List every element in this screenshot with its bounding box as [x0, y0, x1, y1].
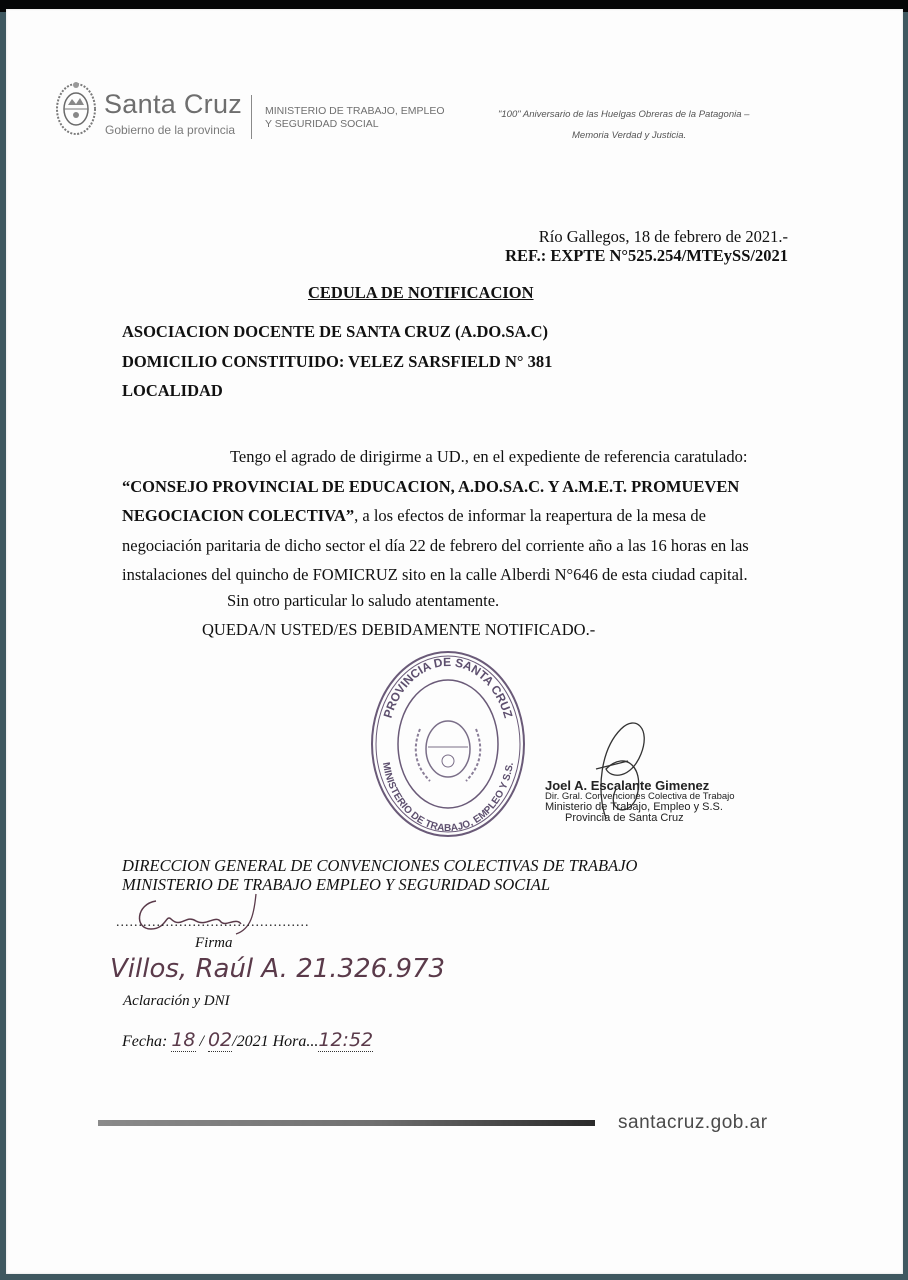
- receipt-department-line-1: DIRECCION GENERAL DE CONVENCIONES COLECT…: [122, 856, 637, 876]
- notified-line: QUEDA/N USTED/ES DEBIDAMENTE NOTIFICADO.…: [202, 620, 595, 640]
- header-divider: [251, 95, 252, 139]
- ministry-line-2: Y SEGURIDAD SOCIAL: [265, 118, 445, 131]
- recipient-name: ASOCIACION DOCENTE DE SANTA CRUZ (A.DO.S…: [122, 322, 548, 342]
- brand-name: Santa Cruz: [104, 89, 242, 120]
- document-title: CEDULA DE NOTIFICACION: [308, 283, 534, 303]
- signer-province: Provincia de Santa Cruz: [545, 813, 735, 824]
- stamp-top-text: PROVINCIA DE SANTA CRUZ: [381, 655, 516, 720]
- recipient-locality: LOCALIDAD: [122, 381, 223, 401]
- date-day: 18: [171, 1029, 195, 1052]
- footer-rule: [98, 1120, 595, 1126]
- body-intro: Tengo el agrado de dirigirme a UD., en e…: [230, 447, 747, 466]
- clarification-handwritten: Villos, Raúl A. 21.326.973: [110, 954, 445, 984]
- stamp-bottom-text: MINISTERIO DE TRABAJO, EMPLEO Y S.S.: [380, 761, 516, 834]
- date-label: Fecha:: [122, 1033, 167, 1050]
- brand-subtitle: Gobierno de la provincia: [105, 123, 235, 137]
- signature-line: ........................................…: [116, 915, 310, 931]
- motto-line-2: Memoria Verdad y Justicia.: [572, 130, 686, 141]
- clarification-label: Aclaración y DNI: [123, 993, 230, 1010]
- ministry-name: MINISTERIO DE TRABAJO, EMPLEO Y SEGURIDA…: [265, 105, 445, 131]
- document-page: Santa Cruz Gobierno de la provincia MINI…: [6, 9, 903, 1274]
- signature-label: Firma: [195, 935, 233, 952]
- place-and-date: Río Gallegos, 18 de febrero de 2021.-: [539, 227, 788, 247]
- time-label: Hora...: [273, 1033, 319, 1050]
- svg-text:PROVINCIA DE SANTA CRUZ: PROVINCIA DE SANTA CRUZ: [381, 655, 516, 720]
- date-month: 02: [208, 1029, 232, 1052]
- date-year: /2021: [232, 1033, 268, 1050]
- recipient-domicile: DOMICILIO CONSTITUIDO: VELEZ SARSFIELD N…: [122, 352, 552, 372]
- recipient-signature-icon: [126, 889, 266, 939]
- time-value: 12:52: [318, 1029, 373, 1052]
- receipt-date-time: Fecha: 18 / 02/2021 Hora...12:52: [122, 1029, 373, 1051]
- signer-name: Joel A. Escalante Gimenez: [545, 780, 735, 791]
- motto-line-1: "100" Aniversario de las Huelgas Obreras…: [498, 109, 749, 120]
- footer-website: santacruz.gob.ar: [618, 1112, 768, 1134]
- official-stamp-icon: PROVINCIA DE SANTA CRUZ MINISTERIO DE TR…: [368, 649, 528, 839]
- signer-block: Joel A. Escalante Gimenez Dir. Gral. Con…: [545, 780, 735, 824]
- svg-text:MINISTERIO DE TRABAJO, EMPLEO: MINISTERIO DE TRABAJO, EMPLEO Y S.S.: [380, 761, 516, 834]
- ministry-line-1: MINISTERIO DE TRABAJO, EMPLEO: [265, 105, 445, 118]
- closing-line: Sin otro particular lo saludo atentament…: [227, 591, 499, 611]
- file-reference: REF.: EXPTE N°525.254/MTEySS/2021: [505, 246, 788, 266]
- coat-of-arms-icon: [54, 79, 98, 137]
- body-paragraph: Tengo el agrado de dirigirme a UD., en e…: [122, 442, 772, 590]
